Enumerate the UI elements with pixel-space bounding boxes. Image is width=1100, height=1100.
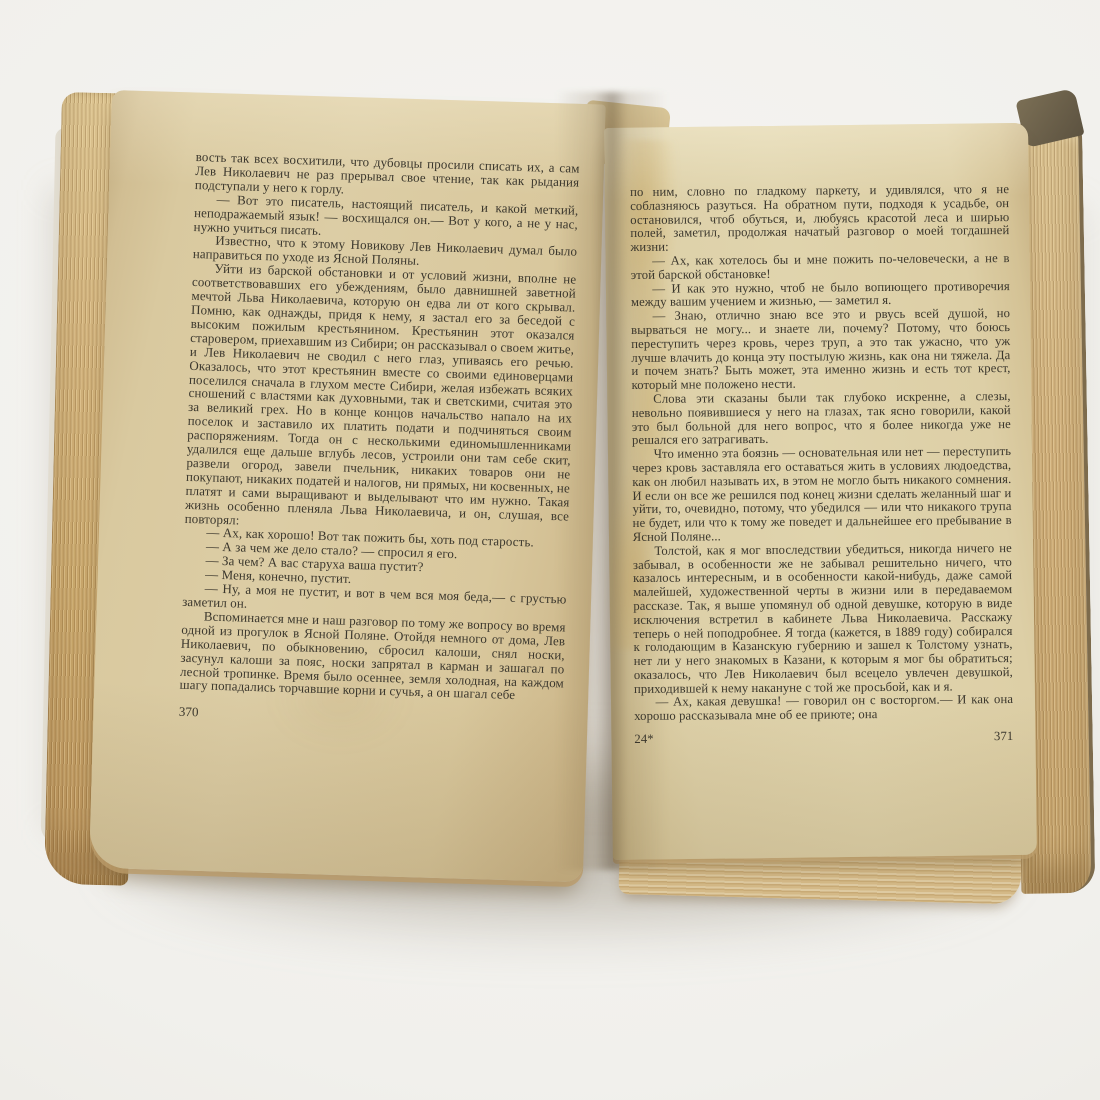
right-page-paragraphs: по ним, словно по гладкому паркету, и уд… <box>630 183 1013 724</box>
page-number-left: 370 <box>179 704 199 720</box>
paragraph: Толстой, как я мог впоследствии убедитьс… <box>633 542 1013 697</box>
paragraph: — Ах, какая девушка! — говорил он с вост… <box>634 693 1013 724</box>
paragraph: — И как это нужно, чтоб не было вопиющег… <box>631 280 1010 311</box>
signature-mark: 24* <box>634 733 653 747</box>
paragraph: Что именно эта боязнь — основательная ил… <box>632 445 1012 545</box>
paragraph: Вспоминается мне и наш разговор по тому … <box>179 609 565 704</box>
right-page-text: по ним, словно по гладкому паркету, и уд… <box>630 183 1013 747</box>
paragraph: Уйти из барской обстановки и от условий … <box>185 261 577 537</box>
paragraph: — Ах, как хотелось бы и мне пожить по-че… <box>631 252 1010 283</box>
left-page-text: вость так всех восхитили, что дубовцы пр… <box>179 150 580 731</box>
page-number-right: 371 <box>994 730 1013 744</box>
left-page-paragraphs: вость так всех восхитили, что дубовцы пр… <box>179 150 579 704</box>
paragraph: по ним, словно по гладкому паркету, и уд… <box>630 183 1010 255</box>
paragraph: Слова эти сказаны были так глубоко искре… <box>632 390 1011 448</box>
paragraph: — Знаю, отлично знаю все это и рвусь все… <box>631 307 1011 393</box>
photo-scene: вость так всех восхитили, что дубовцы пр… <box>0 0 1100 1100</box>
